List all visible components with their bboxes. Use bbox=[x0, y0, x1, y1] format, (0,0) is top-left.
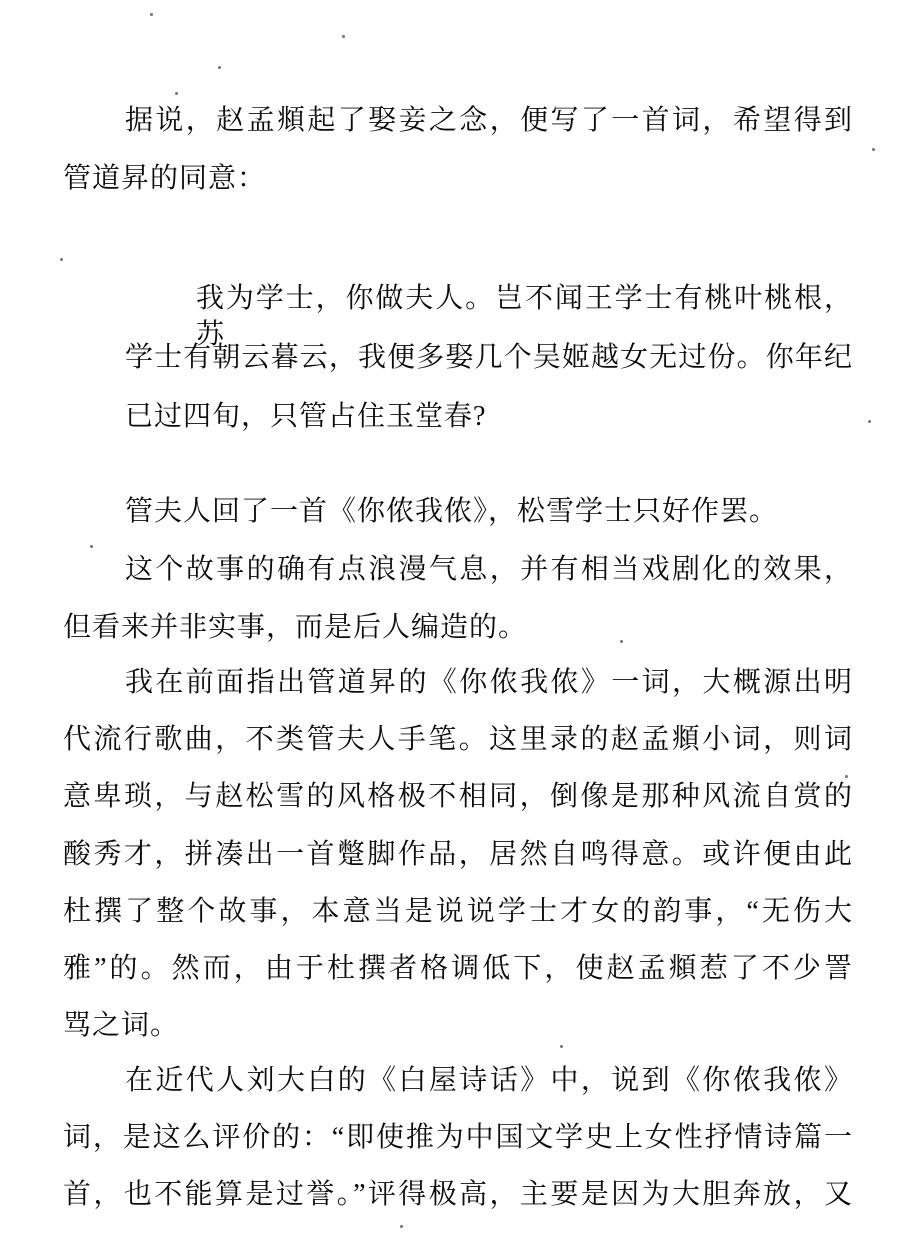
scan-speck bbox=[620, 640, 623, 643]
scan-speck bbox=[150, 13, 153, 16]
text-line: 在近代人刘大白的《白屋诗话》中，说到《你侬我侬》 bbox=[125, 1063, 853, 1101]
text-line: 管夫人回了一首《你侬我侬》，松雪学士只好作罢。 bbox=[125, 494, 853, 532]
quote-line: 已过四旬，只管占住玉堂春? bbox=[125, 399, 853, 437]
scan-speck bbox=[560, 1045, 563, 1048]
text-line: 这个故事的确有点浪漫气息，并有相当戏剧化的效果， bbox=[125, 552, 853, 590]
scan-speck bbox=[342, 35, 345, 38]
quote-line: 学士有朝云暮云，我便多娶几个吴姬越女无过份。你年纪 bbox=[125, 340, 853, 378]
text-line: 意卑琐，与赵松雪的风格极不相同，倒像是那种风流自赏的 bbox=[63, 779, 853, 817]
scan-speck bbox=[90, 545, 93, 548]
scan-speck bbox=[218, 66, 221, 69]
scan-speck bbox=[868, 420, 871, 423]
text-line: 代流行歌曲，不类管夫人手笔。这里录的赵孟頫小词，则词 bbox=[63, 722, 853, 760]
text-line: 杜撰了整个故事，本意当是说说学士才女的韵事，“无伤大 bbox=[63, 894, 853, 932]
scan-speck bbox=[400, 1225, 403, 1228]
scan-speck bbox=[845, 775, 848, 778]
text-line: 但看来并非实事，而是后人编造的。 bbox=[63, 610, 853, 648]
book-page: 据说，赵孟頫起了娶妾之念，便写了一首词，希望得到 管道昇的同意： 我为学士，你做… bbox=[0, 0, 911, 1240]
text-line: 据说，赵孟頫起了娶妾之念，便写了一首词，希望得到 bbox=[125, 103, 853, 141]
text-line: 骂之词。 bbox=[63, 1008, 853, 1046]
text-line: 雅”的。然而，由于杜撰者格调低下，使赵孟頫惹了不少詈 bbox=[63, 951, 853, 989]
text-line: 管道昇的同意： bbox=[63, 161, 853, 199]
quote-line: 我为学士，你做夫人。岂不闻王学士有桃叶桃根，苏 bbox=[196, 281, 853, 319]
text-line: 酸秀才，拼凑出一首蹩脚作品，居然自鸣得意。或许便由此 bbox=[63, 837, 853, 875]
text-line: 词，是这么评价的：“即使推为中国文学史上女性抒情诗篇一 bbox=[63, 1120, 853, 1158]
text-line: 首，也不能算是过誉。”评得极高，主要是因为大胆奔放，又 bbox=[63, 1177, 853, 1215]
scan-speck bbox=[872, 148, 875, 151]
text-line: 我在前面指出管道昇的《你侬我侬》一词，大概源出明 bbox=[125, 665, 853, 703]
scan-speck bbox=[60, 258, 63, 261]
scan-speck bbox=[175, 92, 178, 95]
